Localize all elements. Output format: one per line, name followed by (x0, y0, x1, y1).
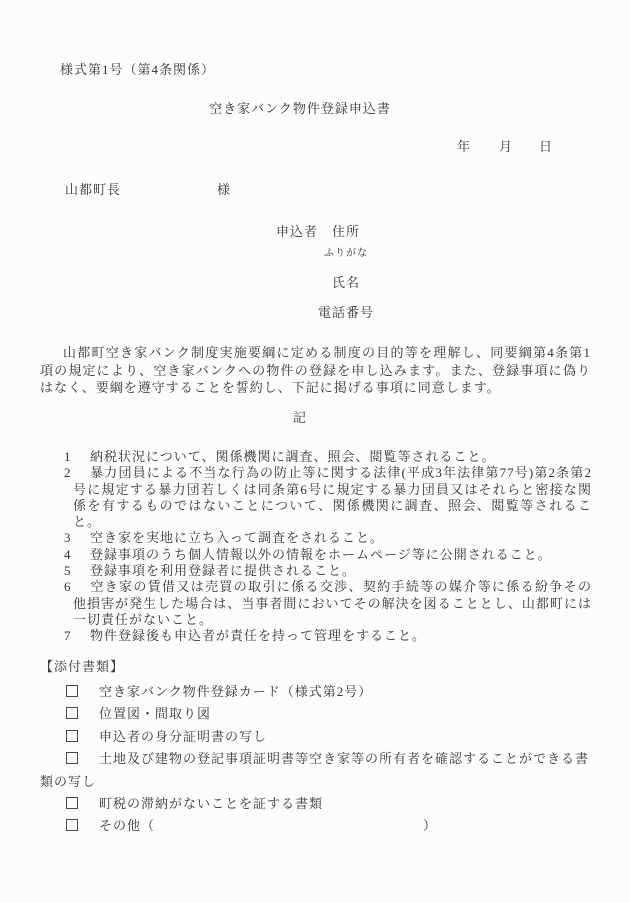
attachment-label: 申込者の身分証明書の写し (99, 729, 267, 744)
attachment-label: 位置図・間取り図 (99, 706, 211, 721)
attachment-checkbox[interactable] (66, 707, 78, 719)
addressee-name: 山都町長 (65, 182, 121, 197)
term-number: 6 (64, 579, 90, 595)
attachment-item: 申込者の身分証明書の写し (40, 726, 592, 748)
addressee-honorific: 様 (217, 182, 231, 197)
term-text: 納税状況について、関係機関に調査、照会、閲覧等されること。 (90, 449, 495, 464)
applicant-name-label: 氏名 (300, 275, 392, 291)
term-text: 登録事項のうち個人情報以外の情報をホームページ等に公開されること。 (90, 547, 552, 562)
attachment-checkbox[interactable] (66, 685, 78, 697)
application-form-document: 様式第1号（第4条関係） 空き家バンク物件登録申込書 年月日 山都町長様 申込者… (0, 0, 630, 903)
body-paragraph: 山都町空き家バンク制度実施要綱に定める制度の目的等を理解し、同要綱第4条第1項の… (40, 344, 591, 397)
attachment-label-suffix: ） (423, 818, 437, 833)
terms-list: 1納税状況について、関係機関に調査、照会、閲覧等されること。 2暴力団員による不… (40, 449, 592, 645)
term-number: 4 (64, 547, 90, 563)
attachment-label: 空き家バンク物件登録カード（様式第2号） (99, 684, 372, 699)
applicant-address-label: 住所 (300, 224, 392, 240)
page-title: 空き家バンク物件登録申込書 (40, 101, 560, 117)
attachment-item: 土地及び建物の登記事項証明書等空き家等の所有者を確認することができる書類の写し (40, 748, 592, 793)
date-year-label: 年 (457, 139, 471, 154)
date-line: 年月日 (40, 139, 553, 155)
attachment-item-other: その他（） (40, 815, 592, 837)
term-item: 3空き家を実地に立ち入って調査をされること。 (40, 530, 592, 546)
term-item: 6空き家の賃借又は売買の取引に係る交渉、契約手続等の媒介等に係る紛争その他損害が… (40, 579, 592, 628)
term-text: 空き家の賃借又は売買の取引に係る交渉、契約手続等の媒介等に係る紛争その他損害が発… (73, 579, 592, 627)
attachments-list: 空き家バンク物件登録カード（様式第2号） 位置図・間取り図 申込者の身分証明書の… (40, 681, 592, 838)
date-month-label: 月 (499, 139, 513, 154)
applicant-furigana-label: ふりがな (300, 248, 392, 261)
applicant-phone-label: 電話番号 (300, 305, 392, 321)
attachment-label: 町税の滞納がないことを証する書類 (99, 796, 323, 811)
attachment-item: 町税の滞納がないことを証する書類 (40, 793, 592, 815)
term-item: 4登録事項のうち個人情報以外の情報をホームページ等に公開されること。 (40, 547, 592, 563)
ki-marker: 記 (40, 410, 560, 426)
attachment-checkbox[interactable] (66, 819, 78, 831)
term-item: 7物件登録後も申込者が責任を持って管理をすること。 (40, 628, 592, 644)
term-number: 5 (64, 563, 90, 579)
term-item: 5登録事項を利用登録者に提供されること。 (40, 563, 592, 579)
term-item: 1納税状況について、関係機関に調査、照会、閲覧等されること。 (40, 449, 592, 465)
attachment-item: 空き家バンク物件登録カード（様式第2号） (40, 681, 592, 703)
addressee-line: 山都町長様 (65, 182, 231, 198)
term-item: 2暴力団員による不当な行為の防止等に関する法律(平成3年法律第77号)第2条第2… (40, 465, 592, 530)
term-number: 3 (64, 530, 90, 546)
term-text: 物件登録後も申込者が責任を持って管理をすること。 (90, 628, 426, 643)
attachments-heading: 【添付書類】 (40, 659, 124, 675)
attachment-checkbox[interactable] (66, 730, 78, 742)
attachment-item: 位置図・間取り図 (40, 703, 592, 725)
term-text: 暴力団員による不当な行為の防止等に関する法律(平成3年法律第77号)第2条第2号… (73, 465, 592, 529)
term-number: 1 (64, 449, 90, 465)
term-text: 空き家を実地に立ち入って調査をされること。 (90, 530, 384, 545)
attachment-label: 土地及び建物の登記事項証明書等空き家等の所有者を確認することができる書類の写し (40, 751, 589, 788)
attachment-checkbox[interactable] (66, 797, 78, 809)
term-number: 7 (64, 628, 90, 644)
form-number: 様式第1号（第4条関係） (60, 62, 215, 78)
attachment-label: その他（ (99, 818, 155, 833)
term-text: 登録事項を利用登録者に提供されること。 (90, 563, 356, 578)
term-number: 2 (64, 465, 90, 481)
attachment-checkbox[interactable] (66, 752, 78, 764)
date-day-label: 日 (539, 139, 553, 154)
